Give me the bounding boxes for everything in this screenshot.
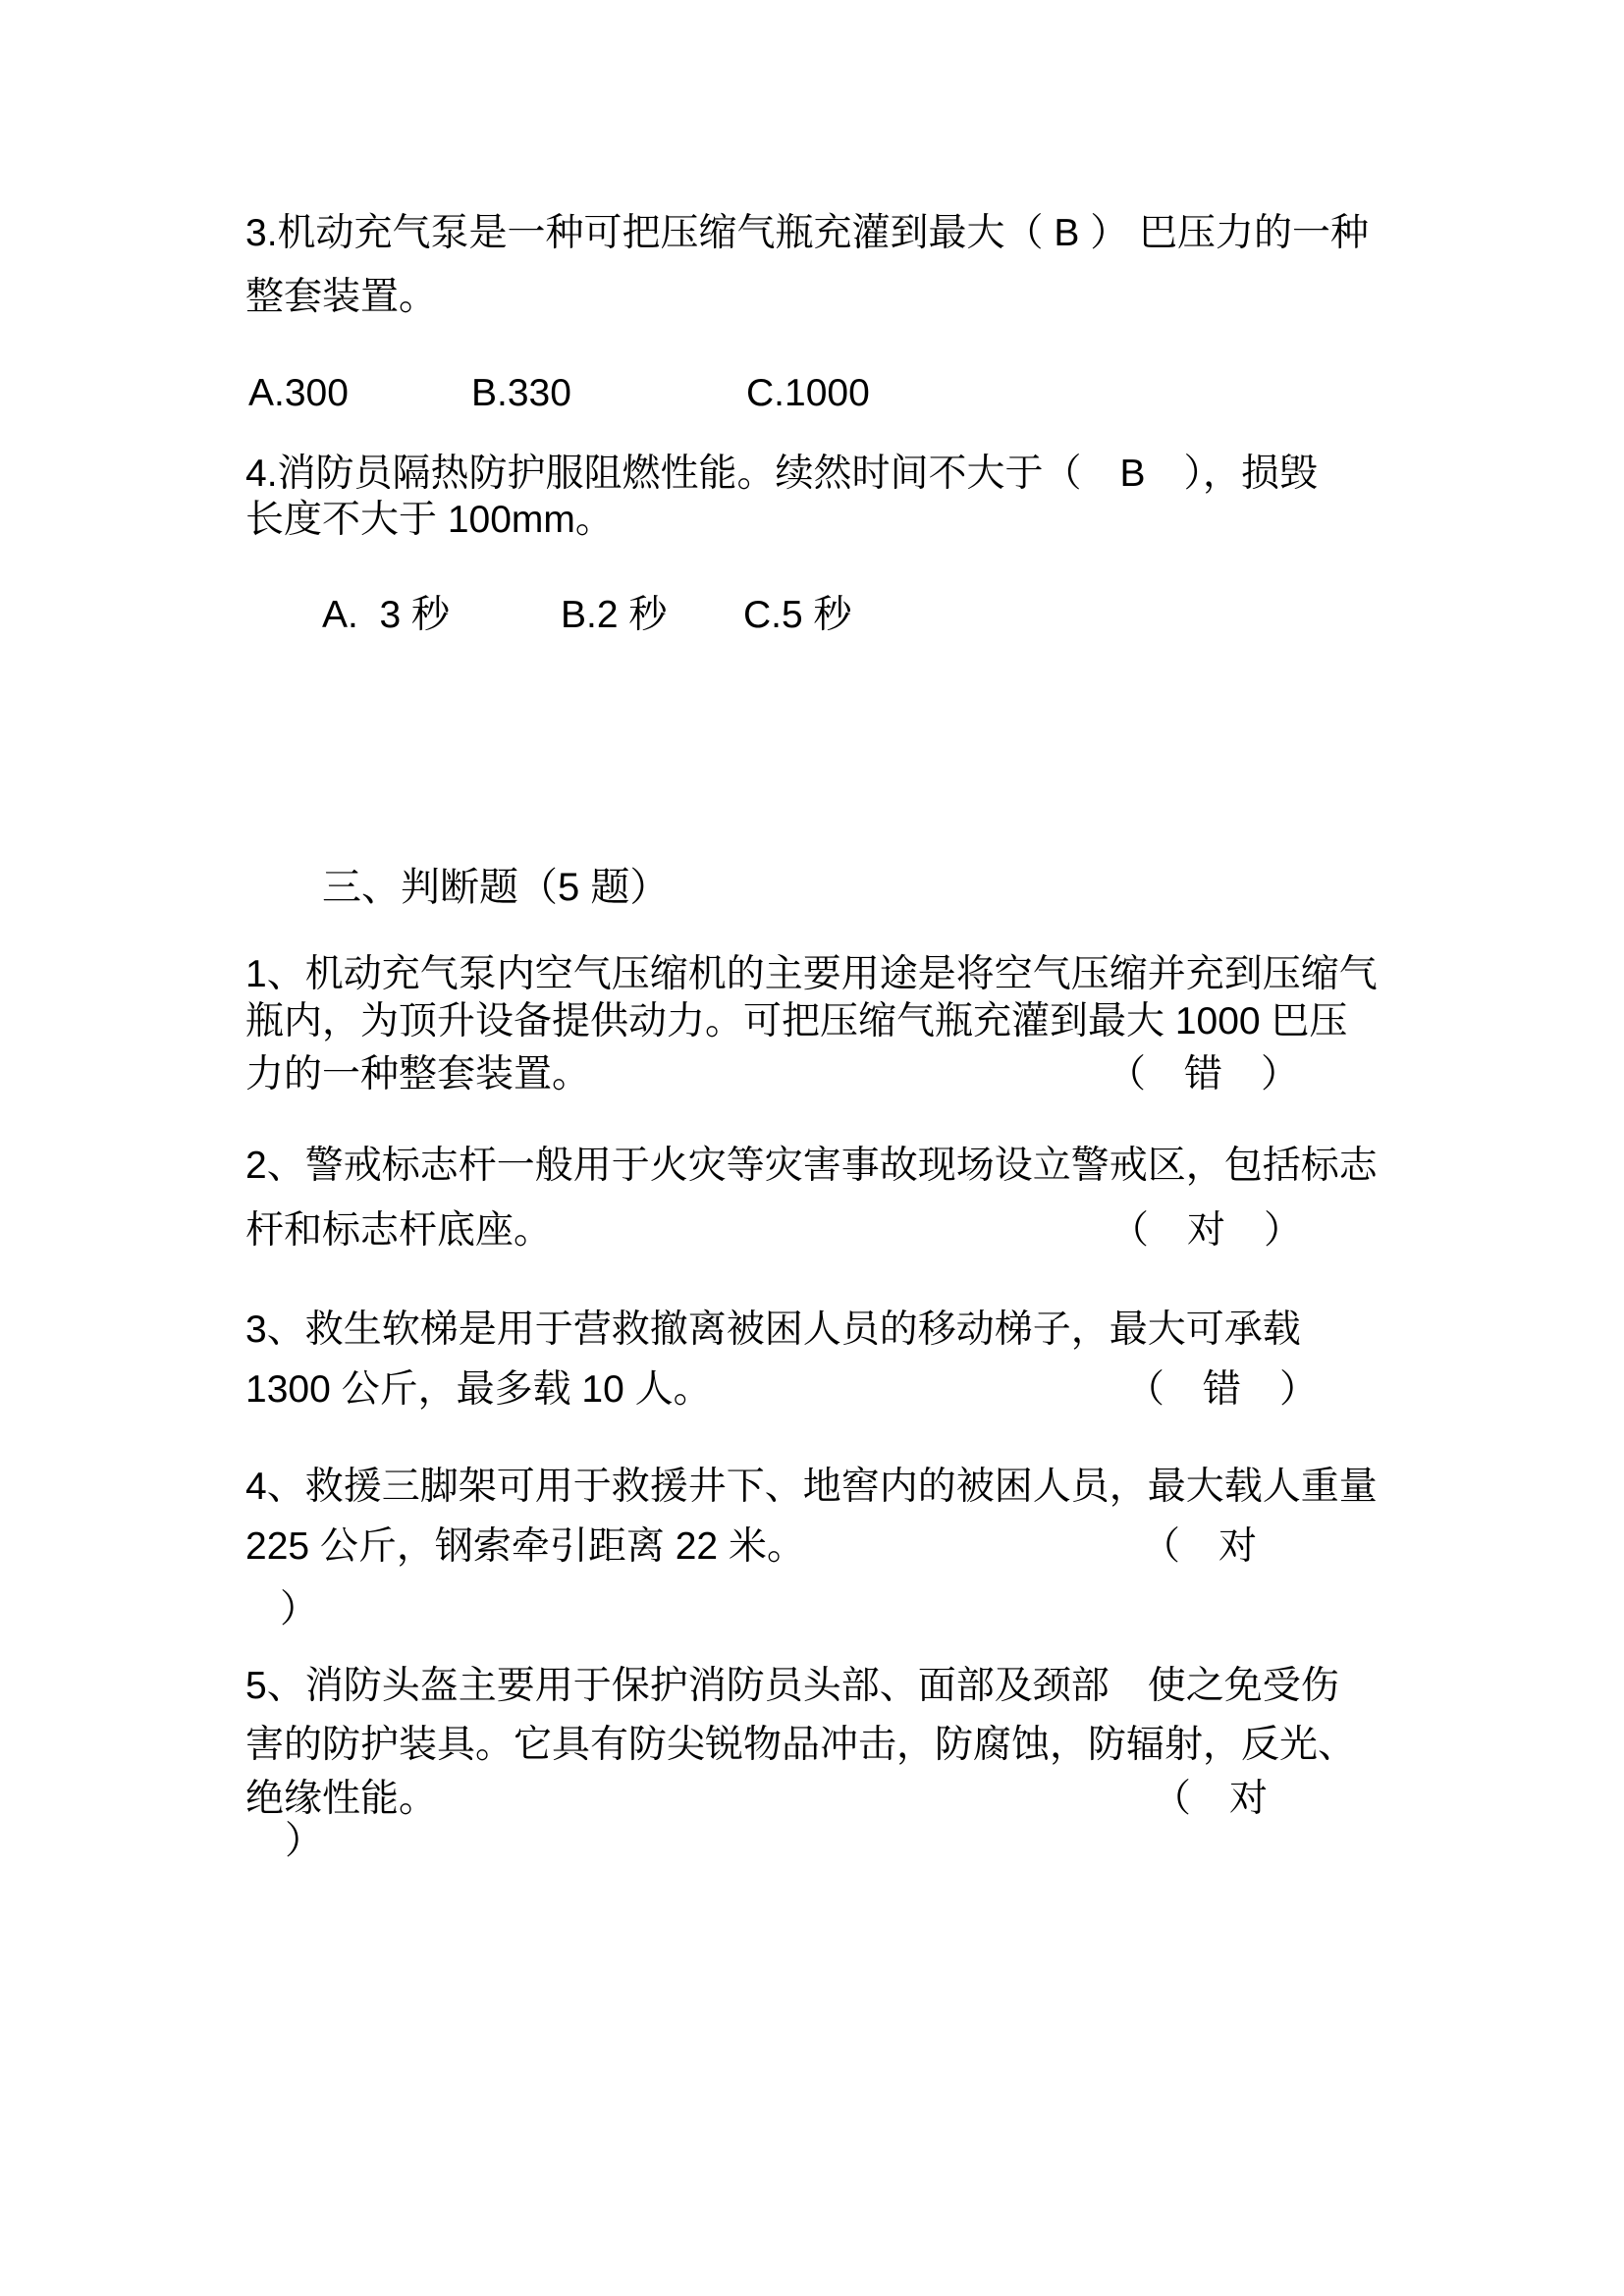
judgment-q4-line-2: 225 公斤，钢索牵引距离 22 米。 [245, 1525, 805, 1570]
judgment-q4-answer-close-paren: ） [280, 1588, 318, 1632]
mc-q4-option-c: C.5 秒 [743, 594, 852, 638]
judgment-q1-answer: （ 错 ） [1108, 1053, 1299, 1097]
mc-q4-option-a: A. 3 秒 [322, 594, 450, 638]
mc-question-4-line-1: 4.消防员隔热防护服阻燃性能。续然时间不大于（ B ），损毁 [245, 453, 1318, 497]
judgment-q5-line-2: 害的防护装具。它具有防尖锐物品冲击，防腐蚀，防辐射，反光、 [245, 1724, 1356, 1768]
mc-question-4-line-2: 长度不大于 100mm。 [245, 499, 614, 543]
mc-q4-option-b: B.2 秒 [561, 594, 667, 638]
judgment-q3-answer: （ 错 ） [1126, 1368, 1318, 1413]
judgment-q1-line-1: 1、机动充气泵内空气压缩机的主要用途是将空气压缩并充到压缩气 [245, 953, 1378, 997]
judgment-q5-line-3: 绝缘性能。 [245, 1778, 437, 1822]
mc-q3-option-a: A.300 [248, 372, 349, 416]
judgment-q4-answer: （ 对 [1142, 1525, 1257, 1570]
exam-document-page: 3.机动充气泵是一种可把压缩气瓶充灌到最大（ B ） 巴压力的一种 整套装置。 … [0, 0, 1624, 2296]
judgment-q3-line-1: 3、救生软梯是用于营救撤离被困人员的移动梯子，最大可承载 [245, 1308, 1301, 1353]
judgment-q1-line-3: 力的一种整套装置。 [245, 1053, 590, 1097]
judgment-q3-line-2: 1300 公斤，最多载 10 人。 [245, 1368, 712, 1413]
mc-q3-option-c: C.1000 [746, 372, 870, 416]
judgment-q2-line-2: 杆和标志杆底座。 [245, 1209, 552, 1254]
judgment-q2-line-1: 2、警戒标志杆一般用于火灾等灾害事故现场设立警戒区，包括标志 [245, 1145, 1378, 1189]
judgment-q5-answer-close-paren: ） [285, 1820, 323, 1864]
judgment-q4-line-1: 4、救援三脚架可用于救援井下、地窖内的被困人员，最大载人重量 [245, 1466, 1378, 1510]
mc-question-3-line-2: 整套装置。 [245, 276, 437, 320]
judgment-section-heading: 三、判断题（5 题） [322, 865, 669, 910]
judgment-q1-line-2: 瓶内，为顶升设备提供动力。可把压缩气瓶充灌到最大 1000 巴压 [245, 1000, 1347, 1044]
mc-question-3-line-1: 3.机动充气泵是一种可把压缩气瓶充灌到最大（ B ） 巴压力的一种 [245, 212, 1369, 256]
judgment-q5-answer: （ 对 [1153, 1778, 1268, 1822]
judgment-q2-answer: （ 对 ） [1110, 1209, 1302, 1254]
judgment-q5-line-1: 5、消防头盔主要用于保护消防员头部、面部及颈部 使之免受伤 [245, 1665, 1339, 1709]
mc-q3-option-b: B.330 [471, 372, 571, 416]
